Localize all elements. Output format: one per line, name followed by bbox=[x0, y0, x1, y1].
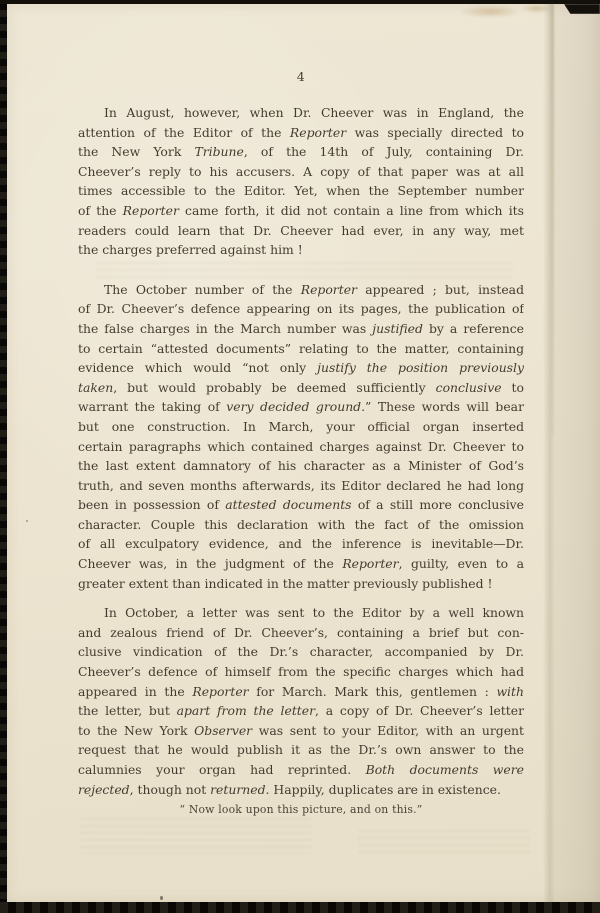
page-number: 4 bbox=[78, 69, 524, 84]
text-line: to the New York Observer was sent to you… bbox=[78, 721, 524, 741]
text-line: Cheever’s reply to his accusers. A copy … bbox=[78, 162, 524, 182]
footer-quote: “ Now look upon this picture, and on thi… bbox=[78, 803, 524, 816]
text-line: times accessible to the Editor. Yet, whe… bbox=[78, 181, 524, 201]
paper-stain bbox=[459, 5, 521, 18]
text-line: Cheever’s defence of himself from the sp… bbox=[78, 662, 524, 682]
text-line: calumnies your organ had reprinted. Both… bbox=[78, 760, 524, 780]
text-line: appeared in the Reporter for March. Mark… bbox=[78, 682, 524, 702]
ghost-showthrough bbox=[358, 830, 530, 854]
ghost-showthrough bbox=[80, 818, 312, 854]
text-line: The October number of the Reporter appea… bbox=[78, 280, 524, 300]
text-line: of all exculpatory evidence, and the inf… bbox=[78, 534, 524, 554]
text-line: In August, however, when Dr. Cheever was… bbox=[78, 103, 524, 123]
text-line: rejected, though not returned. Happily, … bbox=[78, 780, 524, 800]
body-text: In August, however, when Dr. Cheever was… bbox=[78, 103, 524, 799]
film-border-bottom bbox=[0, 902, 600, 913]
paper-speck bbox=[26, 520, 28, 522]
text-line: to certain “attested documents” relating… bbox=[78, 339, 524, 359]
text-line: the false charges in the March number wa… bbox=[78, 319, 524, 339]
text-line: the letter, but apart from the letter, a… bbox=[78, 701, 524, 721]
text-line: of Dr. Cheever’s defence appearing on it… bbox=[78, 299, 524, 319]
paragraph: In August, however, when Dr. Cheever was… bbox=[78, 103, 524, 260]
text-line: request that he would publish it as the … bbox=[78, 740, 524, 760]
text-line: greater extent than indicated in the mat… bbox=[78, 574, 524, 594]
text-line: Cheever was, in the judgment of the Repo… bbox=[78, 554, 524, 574]
text-line: warrant the taking of very decided groun… bbox=[78, 397, 524, 417]
paragraph: In October, a letter was sent to the Edi… bbox=[78, 603, 524, 799]
paper-stain bbox=[521, 4, 553, 13]
text-line: In October, a letter was sent to the Edi… bbox=[78, 603, 524, 623]
text-line: the charges preferred against him ! bbox=[78, 240, 524, 260]
signature-mark bbox=[160, 896, 163, 900]
text-line: but one construction. In March, your off… bbox=[78, 417, 524, 437]
scanned-page: 4 In August, however, when Dr. Cheever w… bbox=[0, 0, 600, 913]
text-line: taken, but would probably be deemed suff… bbox=[78, 378, 524, 398]
page-corner-shadow bbox=[564, 4, 600, 14]
text-line: been in possession of attested documents… bbox=[78, 495, 524, 515]
text-line: certain paragraphs which contained charg… bbox=[78, 437, 524, 457]
text-line: readers could learn that Dr. Cheever had… bbox=[78, 221, 524, 241]
text-line: and zealous friend of Dr. Cheever’s, con… bbox=[78, 623, 524, 643]
text-line: of the Reporter came forth, it did not c… bbox=[78, 201, 524, 221]
text-line: character. Couple this declaration with … bbox=[78, 515, 524, 535]
text-line: the last extent damnatory of his charact… bbox=[78, 456, 524, 476]
film-border-left bbox=[0, 0, 7, 913]
text-line: attention of the Editor of the Reporter … bbox=[78, 123, 524, 143]
text-line: clusive vindication of the Dr.’s charact… bbox=[78, 642, 524, 662]
text-line: truth, and seven months afterwards, its … bbox=[78, 476, 524, 496]
text-line: evidence which would “not only justify t… bbox=[78, 358, 524, 378]
text-line: the New York Tribune, of the 14th of Jul… bbox=[78, 142, 524, 162]
page-edge-crease bbox=[551, 4, 554, 434]
paragraph: The October number of the Reporter appea… bbox=[78, 280, 524, 594]
